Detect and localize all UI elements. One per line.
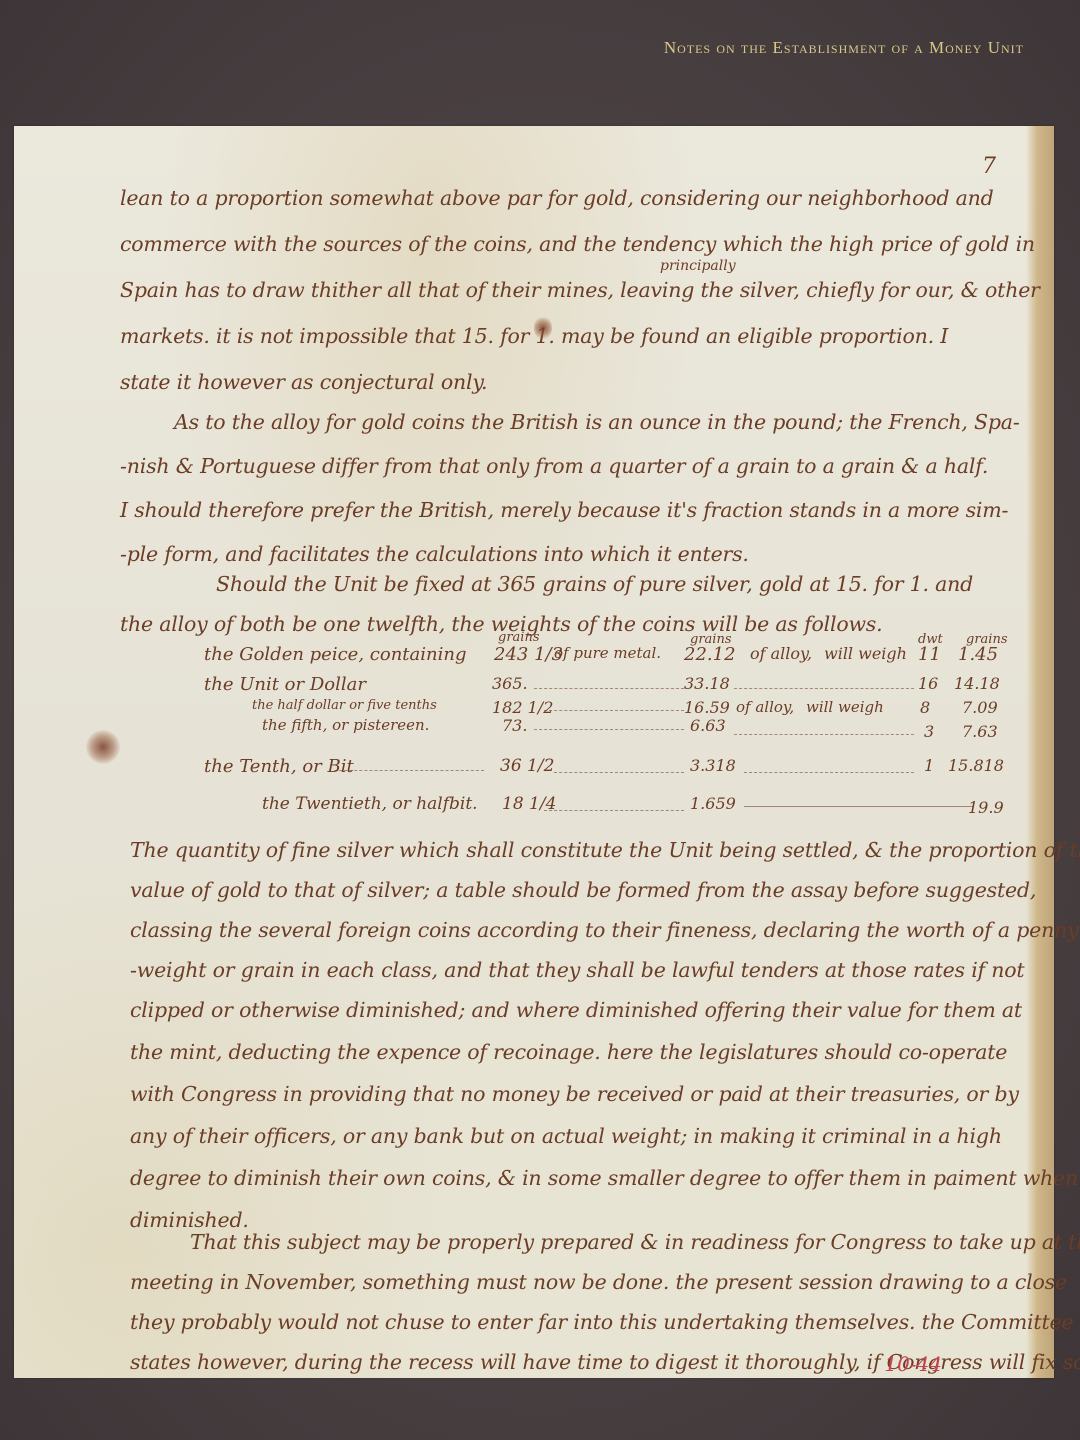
text-line: commerce with the sources of the coins, …	[120, 232, 1035, 256]
alloy-weight: 3.318	[690, 756, 736, 775]
text-line: they probably would not chuse to enter f…	[130, 1310, 1080, 1334]
folio-number: 7	[982, 154, 996, 179]
dot-leader	[734, 734, 914, 735]
header-pure-grains: grains	[498, 630, 540, 645]
alloy-weight: 33.18	[684, 674, 730, 693]
grains-value: 19.9	[968, 798, 1004, 817]
will-weigh-label: will weigh	[824, 644, 907, 663]
dot-leader	[534, 688, 684, 689]
pure-weight: 243 1/3	[494, 644, 563, 665]
text-line: -ple form, and facilitates the calculati…	[120, 542, 749, 566]
interlineation: principally	[660, 258, 736, 274]
grains-value: 14.18	[954, 674, 1000, 693]
text-line: degree to diminish their own coins, & in…	[130, 1166, 1078, 1190]
running-head: Notes on the Establishment of a Money Un…	[664, 38, 1024, 58]
dot-leader	[544, 810, 684, 811]
text-line: diminished.	[130, 1208, 249, 1232]
dwt-value: 8	[920, 698, 930, 717]
text-line: -nish & Portuguese differ from that only…	[120, 454, 988, 478]
coin-name: the half dollar or five tenths	[252, 698, 437, 713]
pure-weight: 73.	[502, 716, 527, 735]
pure-weight: 365.	[492, 674, 528, 693]
dwt-value: 11	[918, 644, 941, 665]
dwt-value: 1	[924, 756, 934, 775]
dot-leader	[744, 772, 914, 773]
alloy-weight: 6.63	[690, 716, 726, 735]
grains-value: 7.09	[962, 698, 998, 717]
grains-value: 15.818	[948, 756, 1004, 775]
dot-leader	[334, 770, 484, 771]
dot-leader	[534, 729, 684, 730]
pure-weight: 18 1/4	[502, 794, 556, 814]
coin-name: the Tenth, or Bit	[204, 756, 354, 777]
ink-stain	[534, 316, 552, 340]
dot-leader	[544, 710, 684, 711]
text-line: any of their officers, or any bank but o…	[130, 1124, 1002, 1148]
pure-weight: 182 1/2	[492, 698, 553, 717]
text-line: The quantity of fine silver which shall …	[130, 838, 1080, 862]
dwt-value: 16	[918, 674, 938, 693]
of-alloy-label: of alloy,	[750, 644, 812, 663]
alloy-weight: 16.59	[684, 698, 730, 717]
text-line: Should the Unit be fixed at 365 grains o…	[216, 572, 973, 596]
coin-name: the Unit or Dollar	[204, 674, 366, 695]
dwt-value: 3	[924, 722, 934, 741]
will-weigh-label: will weigh	[806, 698, 884, 716]
grains-value: 7.63	[962, 722, 998, 741]
pure-weight: 36 1/2	[500, 756, 554, 776]
grains-value: 1.45	[958, 644, 998, 665]
dot-leader	[554, 772, 684, 773]
coin-name: the Twentieth, or halfbit.	[262, 794, 478, 814]
text-line: value of gold to that of silver; a table…	[130, 878, 1036, 902]
text-line: the mint, deducting the expence of recoi…	[130, 1040, 1007, 1064]
text-line: classing the several foreign coins accor…	[130, 918, 1078, 942]
text-line: As to the alloy for gold coins the Briti…	[174, 410, 1020, 434]
text-line: clipped or otherwise diminished; and whe…	[130, 998, 1022, 1022]
coin-weight-table: grains grains dwt grains the Golden peic…	[14, 626, 1054, 836]
text-line: with Congress in providing that no money…	[130, 1082, 1019, 1106]
text-line: I should therefore prefer the British, m…	[120, 498, 1008, 522]
coin-name: the Golden peice, containing	[204, 644, 466, 665]
sum-rule	[744, 806, 974, 807]
text-line: lean to a proportion somewhat above par …	[120, 186, 994, 210]
of-alloy-label: of alloy,	[736, 698, 794, 716]
alloy-weight: 1.659	[690, 794, 736, 813]
text-line: Spain has to draw thither all that of th…	[120, 278, 1040, 302]
of-pure-metal-label: of pure metal.	[554, 644, 661, 662]
alloy-weight: 22.12	[684, 644, 736, 665]
manuscript-page: 7 lean to a proportion somewhat above pa…	[14, 126, 1054, 1378]
text-line: meeting in November, something must now …	[130, 1270, 1067, 1294]
text-line: -weight or grain in each class, and that…	[130, 958, 1024, 982]
text-line: state it however as conjectural only.	[120, 370, 487, 394]
dot-leader	[734, 688, 914, 689]
coin-name: the fifth, or pistereen.	[262, 716, 429, 734]
ink-stain	[86, 730, 120, 764]
archival-number: 10-44	[884, 1352, 942, 1376]
text-line: That this subject may be properly prepar…	[190, 1230, 1080, 1254]
